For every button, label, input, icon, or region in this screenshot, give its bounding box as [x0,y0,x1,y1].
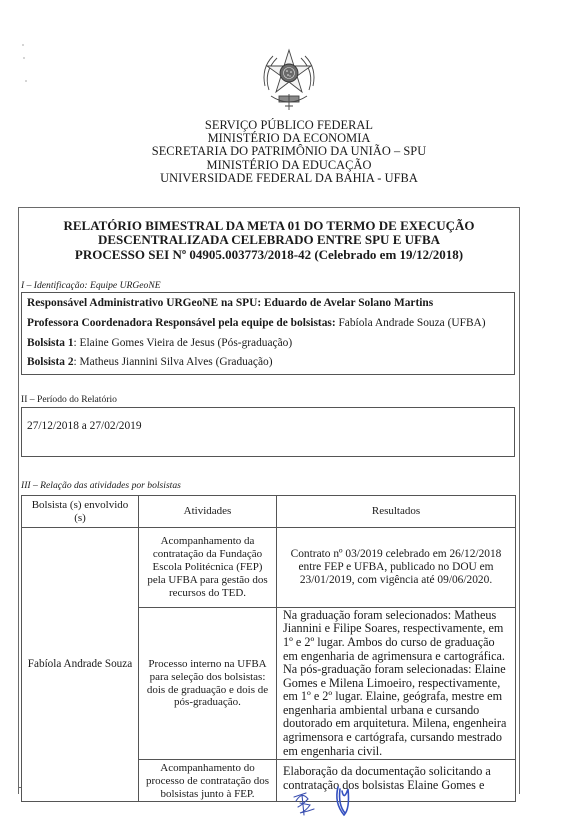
identification-box: Responsável Administrativo URGeoNE na SP… [21,292,515,375]
scan-speck [22,44,24,46]
table-row: Fabíola Andrade Souza Acompanhamento da … [22,528,516,608]
institution-header: SERVIÇO PÚBLICO FEDERAL MINISTÉRIO DA EC… [0,119,578,185]
section-identification-label: I – Identificação: Equipe URGeoNE [21,280,161,291]
scan-speck [25,80,27,82]
period-box: 27/12/2018 a 27/02/2019 [21,407,515,457]
label-bold: Bolsista 1 [27,337,74,349]
scan-speck [23,57,25,59]
title-line: DESCENTRALIZADA CELEBRADO ENTRE SPU E UF… [18,233,520,247]
atividade-cell: Acompanhamento da contratação da Fundaçã… [139,528,277,608]
bolsista-cell: Fabíola Andrade Souza [22,528,139,802]
section-activities-label: III – Relação das atividades por bolsist… [21,480,181,491]
value-text: : Matheus Jiannini Silva Alves (Graduaçã… [74,356,273,368]
title-line: PROCESSO SEI Nº 04905.003773/2018-42 (Ce… [18,248,520,262]
title-line: RELATÓRIO BIMESTRAL DA META 01 DO TERMO … [18,219,520,233]
column-header: Atividades [139,496,277,528]
table-header-row: Bolsista (s) envolvido (s) Atividades Re… [22,496,516,528]
bolsista-1: Bolsista 1: Elaine Gomes Vieira de Jesus… [27,337,292,349]
resultado-cell: Na graduação foram selecionados: Matheus… [277,608,516,760]
header-line: SECRETARIA DO PATRIMÔNIO DA UNIÃO – SPU [0,145,578,158]
handwritten-signature [292,783,372,823]
column-header: Resultados [277,496,516,528]
atividade-cell: Processo interno na UFBA para seleção do… [139,608,277,760]
bolsista-2: Bolsista 2: Matheus Jiannini Silva Alves… [27,356,273,368]
column-header: Bolsista (s) envolvido (s) [22,496,139,528]
brazil-coat-of-arms-icon [257,46,321,114]
professora-coordenadora: Professora Coordenadora Responsável pela… [27,317,486,329]
value-text: Fabíola Andrade Souza (UFBA) [336,317,486,329]
resultado-cell: Contrato nº 03/2019 celebrado em 26/12/2… [277,528,516,608]
atividade-cell: Acompanhamento do processo de contrataçã… [139,760,277,802]
label-bold: Professora Coordenadora Responsável pela… [27,317,336,329]
label-bold: Bolsista 2 [27,356,74,368]
label-bold: Responsável Administrativo URGeoNE na SP… [27,297,433,309]
header-line: MINISTÉRIO DA EDUCAÇÃO [0,159,578,172]
activities-table: Bolsista (s) envolvido (s) Atividades Re… [21,495,516,802]
section-period-label: II – Período do Relatório [21,394,117,405]
responsavel-administrativo: Responsável Administrativo URGeoNE na SP… [27,297,433,309]
value-text: : Elaine Gomes Vieira de Jesus (Pós-grad… [74,337,293,349]
report-period: 27/12/2018 a 27/02/2019 [27,420,142,432]
report-title: RELATÓRIO BIMESTRAL DA META 01 DO TERMO … [18,219,520,262]
header-line: UNIVERSIDADE FEDERAL DA BAHIA - UFBA [0,172,578,185]
